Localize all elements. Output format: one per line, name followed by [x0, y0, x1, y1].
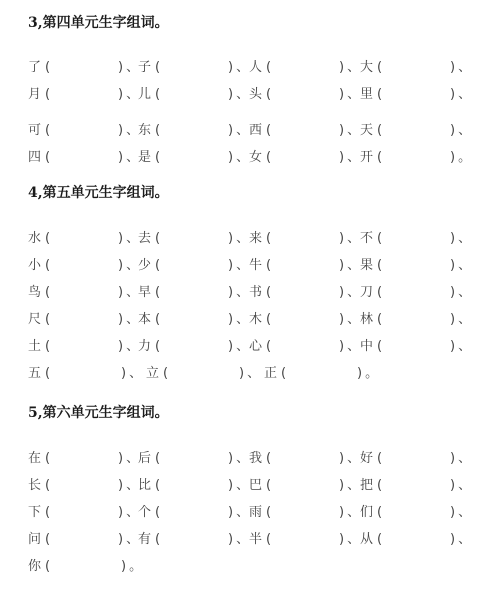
close-paren: )、 — [450, 447, 471, 466]
open-paren: ( — [45, 478, 50, 493]
word-blank[interactable]: 长()、 — [28, 474, 50, 493]
word-blank[interactable]: 牛()、 — [249, 254, 271, 273]
separator: 、 — [129, 366, 142, 381]
close-paren: )、 — [228, 227, 249, 246]
open-paren: ( — [45, 258, 50, 273]
open-paren: ( — [266, 87, 271, 102]
close-paren: )、 — [228, 335, 249, 354]
row-end-punct: 。 — [458, 150, 471, 165]
close-paren: )、 — [239, 362, 260, 381]
open-paren: ( — [377, 339, 382, 354]
character: 少 — [138, 254, 151, 273]
word-blank[interactable]: 力()、 — [138, 335, 160, 354]
word-blank[interactable]: 后()、 — [138, 447, 160, 466]
word-blank[interactable]: 林()、 — [360, 308, 382, 327]
word-row: 你()。 — [28, 555, 468, 575]
row-end-punct: 、 — [458, 60, 471, 75]
separator: 、 — [236, 150, 249, 165]
character: 月 — [28, 83, 41, 102]
word-blank[interactable]: 里()、 — [360, 83, 382, 102]
character: 尺 — [28, 308, 41, 327]
row-end-punct: 、 — [458, 312, 471, 327]
section-title: 第五单元生字组词。 — [43, 185, 169, 201]
character: 你 — [28, 555, 41, 574]
word-row: 尺()、本()、木()、林()、 — [28, 308, 468, 328]
word-blank[interactable]: 个()、 — [138, 501, 160, 520]
character: 子 — [138, 56, 151, 75]
open-paren: ( — [155, 123, 160, 138]
word-blank[interactable]: 天()、 — [360, 119, 382, 138]
close-paren: )、 — [228, 146, 249, 165]
character: 了 — [28, 56, 41, 75]
close-paren: )、 — [118, 281, 139, 300]
open-paren: ( — [266, 532, 271, 547]
close-paren: )、 — [339, 281, 360, 300]
word-row: 在()、后()、我()、好()、 — [28, 447, 468, 467]
open-paren: ( — [377, 505, 382, 520]
section-title: 第四单元生字组词。 — [43, 15, 169, 31]
row-end-punct: 、 — [458, 451, 471, 466]
character: 有 — [138, 528, 151, 547]
character: 比 — [138, 474, 151, 493]
character: 本 — [138, 308, 151, 327]
separator: 、 — [347, 285, 360, 300]
character: 正 — [264, 362, 277, 381]
close-paren: )、 — [339, 119, 360, 138]
word-blank[interactable]: 把()、 — [360, 474, 382, 493]
open-paren: ( — [155, 150, 160, 165]
close-paren: )、 — [228, 254, 249, 273]
close-paren: )、 — [339, 528, 360, 547]
word-blank[interactable]: 果()、 — [360, 254, 382, 273]
close-paren: )、 — [339, 308, 360, 327]
separator: 、 — [236, 478, 249, 493]
close-paren: )、 — [450, 308, 471, 327]
word-row: 五()、立()、正()。 — [28, 362, 468, 382]
word-blank[interactable]: 西()、 — [249, 119, 271, 138]
close-paren: )、 — [118, 447, 139, 466]
row-end-punct: 、 — [458, 231, 471, 246]
open-paren: ( — [155, 87, 160, 102]
open-paren: ( — [45, 339, 50, 354]
character: 东 — [138, 119, 151, 138]
section-number: 3, — [28, 15, 43, 31]
close-paren: )、 — [450, 474, 471, 493]
separator: 、 — [236, 123, 249, 138]
word-blank[interactable]: 下()、 — [28, 501, 50, 520]
word-blank[interactable]: 在()、 — [28, 447, 50, 466]
open-paren: ( — [45, 60, 50, 75]
open-paren: ( — [45, 123, 50, 138]
open-paren: ( — [45, 150, 50, 165]
close-paren: )、 — [228, 308, 249, 327]
section-heading: 4,第五单元生字组词。 — [28, 182, 169, 202]
character: 土 — [28, 335, 41, 354]
character: 问 — [28, 528, 41, 547]
close-paren: )、 — [339, 335, 360, 354]
separator: 、 — [236, 258, 249, 273]
word-blank[interactable]: 了()、 — [28, 56, 50, 75]
word-blank[interactable]: 五()、 — [28, 362, 50, 381]
open-paren: ( — [377, 150, 382, 165]
open-paren: ( — [266, 451, 271, 466]
close-paren: )、 — [228, 119, 249, 138]
open-paren: ( — [377, 258, 382, 273]
separator: 、 — [236, 312, 249, 327]
character: 小 — [28, 254, 41, 273]
row-end-punct: 、 — [458, 339, 471, 354]
character: 去 — [138, 227, 151, 246]
close-paren: )、 — [339, 146, 360, 165]
word-blank[interactable]: 木()、 — [249, 308, 271, 327]
close-paren: )、 — [228, 528, 249, 547]
close-paren: )、 — [228, 56, 249, 75]
open-paren: ( — [281, 366, 286, 381]
open-paren: ( — [266, 231, 271, 246]
word-blank[interactable]: 大()、 — [360, 56, 382, 75]
character: 不 — [360, 227, 373, 246]
open-paren: ( — [45, 505, 50, 520]
open-paren: ( — [163, 366, 168, 381]
open-paren: ( — [155, 505, 160, 520]
open-paren: ( — [155, 478, 160, 493]
row-end-punct: 、 — [458, 87, 471, 102]
character: 中 — [360, 335, 373, 354]
character: 是 — [138, 146, 151, 165]
separator: 、 — [236, 285, 249, 300]
separator: 、 — [347, 505, 360, 520]
close-paren: )、 — [118, 146, 139, 165]
word-blank[interactable]: 本()、 — [138, 308, 160, 327]
word-row: 小()、少()、牛()、果()、 — [28, 254, 468, 274]
open-paren: ( — [155, 285, 160, 300]
open-paren: ( — [266, 478, 271, 493]
character: 牛 — [249, 254, 262, 273]
open-paren: ( — [266, 123, 271, 138]
character: 力 — [138, 335, 151, 354]
word-blank[interactable]: 可()、 — [28, 119, 50, 138]
character: 雨 — [249, 501, 262, 520]
row-end-punct: 、 — [458, 123, 471, 138]
close-paren: )。 — [357, 362, 378, 381]
close-paren: )。 — [121, 555, 142, 574]
separator: 、 — [236, 231, 249, 246]
character: 好 — [360, 447, 373, 466]
word-blank[interactable]: 半()、 — [249, 528, 271, 547]
word-blank[interactable]: 开()。 — [360, 146, 382, 165]
open-paren: ( — [155, 231, 160, 246]
open-paren: ( — [155, 312, 160, 327]
separator: 、 — [347, 312, 360, 327]
word-blank[interactable]: 去()、 — [138, 227, 160, 246]
word-row: 了()、子()、人()、大()、 — [28, 56, 468, 76]
open-paren: ( — [266, 60, 271, 75]
open-paren: ( — [377, 231, 382, 246]
character: 来 — [249, 227, 262, 246]
word-blank[interactable]: 小()、 — [28, 254, 50, 273]
word-row: 可()、东()、西()、天()、 — [28, 119, 468, 139]
open-paren: ( — [377, 60, 382, 75]
word-blank[interactable]: 好()、 — [360, 447, 382, 466]
character: 女 — [249, 146, 262, 165]
word-blank[interactable]: 土()、 — [28, 335, 50, 354]
character: 个 — [138, 501, 151, 520]
close-paren: )、 — [118, 474, 139, 493]
separator: 、 — [347, 339, 360, 354]
close-paren: )、 — [228, 83, 249, 102]
word-blank[interactable]: 少()、 — [138, 254, 160, 273]
word-blank[interactable]: 儿()、 — [138, 83, 160, 102]
close-paren: )、 — [118, 227, 139, 246]
word-blank[interactable]: 东()、 — [138, 119, 160, 138]
character: 人 — [249, 56, 262, 75]
word-blank[interactable]: 是()、 — [138, 146, 160, 165]
row-end-punct: 。 — [129, 559, 142, 574]
word-blank[interactable]: 们()、 — [360, 501, 382, 520]
word-blank[interactable]: 女()、 — [249, 146, 271, 165]
close-paren: )、 — [339, 227, 360, 246]
character: 把 — [360, 474, 373, 493]
character: 巴 — [249, 474, 262, 493]
separator: 、 — [347, 87, 360, 102]
open-paren: ( — [377, 312, 382, 327]
word-blank[interactable]: 水()、 — [28, 227, 50, 246]
character: 我 — [249, 447, 262, 466]
word-blank[interactable]: 我()、 — [249, 447, 271, 466]
open-paren: ( — [155, 532, 160, 547]
close-paren: )、 — [118, 501, 139, 520]
open-paren: ( — [155, 258, 160, 273]
close-paren: )、 — [339, 474, 360, 493]
row-end-punct: 、 — [458, 285, 471, 300]
separator: 、 — [347, 150, 360, 165]
close-paren: )、 — [450, 528, 471, 547]
separator: 、 — [247, 366, 260, 381]
character: 西 — [249, 119, 262, 138]
word-blank[interactable]: 中()、 — [360, 335, 382, 354]
close-paren: )、 — [450, 281, 471, 300]
open-paren: ( — [377, 87, 382, 102]
character: 刀 — [360, 281, 373, 300]
word-blank[interactable]: 头()、 — [249, 83, 271, 102]
close-paren: )、 — [118, 119, 139, 138]
word-blank[interactable]: 正()。 — [264, 362, 286, 381]
close-paren: )、 — [228, 281, 249, 300]
close-paren: )。 — [450, 146, 471, 165]
separator: 、 — [236, 532, 249, 547]
separator: 、 — [236, 451, 249, 466]
word-blank[interactable]: 来()、 — [249, 227, 271, 246]
character: 半 — [249, 528, 262, 547]
character: 可 — [28, 119, 41, 138]
close-paren: )、 — [339, 254, 360, 273]
word-blank[interactable]: 刀()、 — [360, 281, 382, 300]
word-blank[interactable]: 有()、 — [138, 528, 160, 547]
word-blank[interactable]: 子()、 — [138, 56, 160, 75]
separator: 、 — [347, 451, 360, 466]
word-blank[interactable]: 心()、 — [249, 335, 271, 354]
close-paren: )、 — [118, 335, 139, 354]
close-paren: )、 — [118, 528, 139, 547]
open-paren: ( — [45, 366, 50, 381]
character: 心 — [249, 335, 262, 354]
word-blank[interactable]: 月()、 — [28, 83, 50, 102]
word-blank[interactable]: 立()、 — [146, 362, 168, 381]
character: 儿 — [138, 83, 151, 102]
close-paren: )、 — [450, 83, 471, 102]
open-paren: ( — [266, 505, 271, 520]
character: 从 — [360, 528, 373, 547]
separator: 、 — [236, 87, 249, 102]
character: 立 — [146, 362, 159, 381]
separator: 、 — [236, 505, 249, 520]
row-end-punct: 、 — [458, 478, 471, 493]
word-blank[interactable]: 你()。 — [28, 555, 50, 574]
close-paren: )、 — [339, 501, 360, 520]
open-paren: ( — [45, 312, 50, 327]
close-paren: )、 — [121, 362, 142, 381]
word-blank[interactable]: 比()、 — [138, 474, 160, 493]
close-paren: )、 — [228, 474, 249, 493]
open-paren: ( — [155, 451, 160, 466]
word-blank[interactable]: 雨()、 — [249, 501, 271, 520]
character: 天 — [360, 119, 373, 138]
word-blank[interactable]: 不()、 — [360, 227, 382, 246]
open-paren: ( — [155, 339, 160, 354]
close-paren: )、 — [118, 254, 139, 273]
section-heading: 3,第四单元生字组词。 — [28, 12, 169, 32]
character: 木 — [249, 308, 262, 327]
open-paren: ( — [377, 478, 382, 493]
word-row: 长()、比()、巴()、把()、 — [28, 474, 468, 494]
close-paren: )、 — [450, 335, 471, 354]
row-end-punct: 、 — [458, 532, 471, 547]
close-paren: )、 — [339, 447, 360, 466]
close-paren: )、 — [228, 447, 249, 466]
close-paren: )、 — [118, 308, 139, 327]
word-blank[interactable]: 人()、 — [249, 56, 271, 75]
open-paren: ( — [377, 532, 382, 547]
close-paren: )、 — [339, 83, 360, 102]
open-paren: ( — [266, 339, 271, 354]
character: 后 — [138, 447, 151, 466]
word-row: 四()、是()、女()、开()。 — [28, 146, 468, 166]
character: 头 — [249, 83, 262, 102]
word-blank[interactable]: 书()、 — [249, 281, 271, 300]
close-paren: )、 — [118, 56, 139, 75]
character: 水 — [28, 227, 41, 246]
word-blank[interactable]: 巴()、 — [249, 474, 271, 493]
separator: 、 — [347, 231, 360, 246]
word-blank[interactable]: 鸟()、 — [28, 281, 50, 300]
section-title: 第六单元生字组词。 — [43, 405, 169, 421]
character: 大 — [360, 56, 373, 75]
open-paren: ( — [377, 285, 382, 300]
open-paren: ( — [266, 258, 271, 273]
section-heading: 5,第六单元生字组词。 — [28, 402, 169, 422]
word-blank[interactable]: 问()、 — [28, 528, 50, 547]
close-paren: )、 — [450, 227, 471, 246]
open-paren: ( — [155, 60, 160, 75]
open-paren: ( — [45, 532, 50, 547]
character: 四 — [28, 146, 41, 165]
character: 早 — [138, 281, 151, 300]
open-paren: ( — [266, 150, 271, 165]
character: 开 — [360, 146, 373, 165]
character: 在 — [28, 447, 41, 466]
separator: 、 — [347, 258, 360, 273]
open-paren: ( — [266, 312, 271, 327]
word-row: 月()、儿()、头()、里()、 — [28, 83, 468, 103]
separator: 、 — [347, 478, 360, 493]
character: 鸟 — [28, 281, 41, 300]
close-paren: )、 — [450, 501, 471, 520]
section-number: 5, — [28, 405, 43, 421]
close-paren: )、 — [339, 56, 360, 75]
character: 长 — [28, 474, 41, 493]
section-number: 4, — [28, 185, 43, 201]
word-row: 问()、有()、半()、从()、 — [28, 528, 468, 548]
open-paren: ( — [377, 451, 382, 466]
character: 果 — [360, 254, 373, 273]
word-blank[interactable]: 四()、 — [28, 146, 50, 165]
character: 们 — [360, 501, 373, 520]
open-paren: ( — [45, 451, 50, 466]
close-paren: )、 — [228, 501, 249, 520]
open-paren: ( — [45, 559, 50, 574]
word-blank[interactable]: 早()、 — [138, 281, 160, 300]
open-paren: ( — [45, 87, 50, 102]
character: 下 — [28, 501, 41, 520]
word-blank[interactable]: 尺()、 — [28, 308, 50, 327]
word-row: 下()、个()、雨()、们()、 — [28, 501, 468, 521]
close-paren: )、 — [450, 254, 471, 273]
separator: 、 — [347, 60, 360, 75]
character: 里 — [360, 83, 373, 102]
close-paren: )、 — [450, 56, 471, 75]
word-row: 土()、力()、心()、中()、 — [28, 335, 468, 355]
open-paren: ( — [266, 285, 271, 300]
character: 林 — [360, 308, 373, 327]
row-end-punct: 。 — [365, 366, 378, 381]
separator: 、 — [347, 532, 360, 547]
separator: 、 — [236, 60, 249, 75]
word-row: 鸟()、早()、书()、刀()、 — [28, 281, 468, 301]
separator: 、 — [347, 123, 360, 138]
open-paren: ( — [377, 123, 382, 138]
character: 五 — [28, 362, 41, 381]
word-row: 水()、去()、来()、不()、 — [28, 227, 468, 247]
character: 书 — [249, 281, 262, 300]
open-paren: ( — [45, 285, 50, 300]
row-end-punct: 、 — [458, 505, 471, 520]
open-paren: ( — [45, 231, 50, 246]
separator: 、 — [236, 339, 249, 354]
word-blank[interactable]: 从()、 — [360, 528, 382, 547]
row-end-punct: 、 — [458, 258, 471, 273]
close-paren: )、 — [118, 83, 139, 102]
close-paren: )、 — [450, 119, 471, 138]
